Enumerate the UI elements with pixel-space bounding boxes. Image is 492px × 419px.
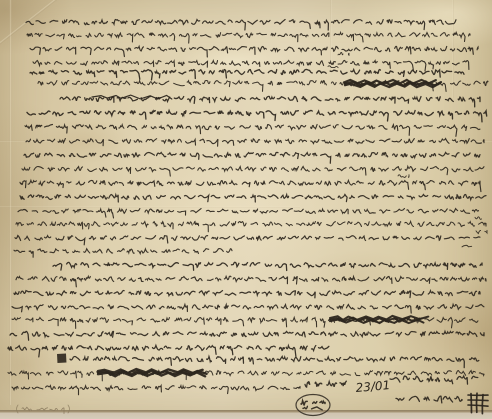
letter-scan: 23/01 (0, 0, 492, 419)
paper-sheet (0, 0, 492, 413)
paper-bottom-edge (0, 410, 492, 419)
